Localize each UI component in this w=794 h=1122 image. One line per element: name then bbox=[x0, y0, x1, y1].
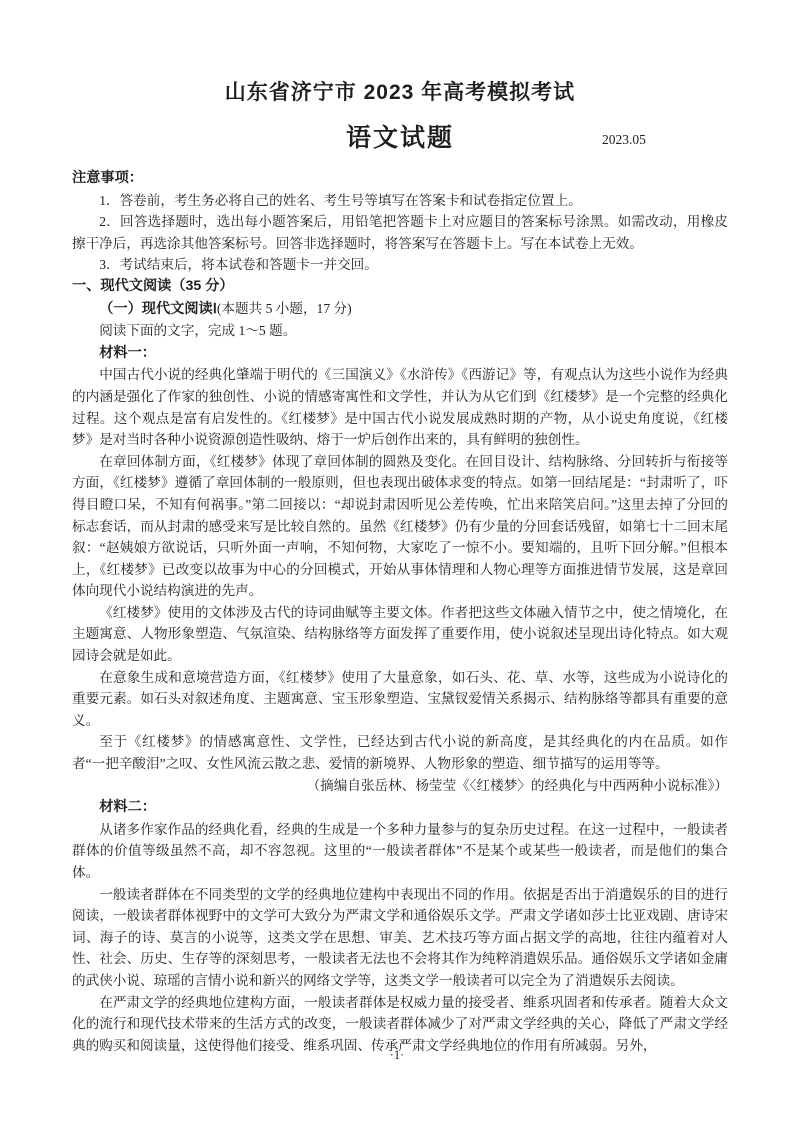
notice-heading: 注意事项： bbox=[72, 168, 728, 190]
material1-label-line: 材料一： bbox=[72, 342, 728, 365]
notice-item-2: 2．回答选择题时，选出每小题答案后，用铅笔把答题卡上对应题目的答案标号涂黑。如需… bbox=[72, 211, 728, 254]
exam-date: 2023.05 bbox=[602, 122, 646, 158]
paper-subject: 语文试题 bbox=[346, 120, 454, 156]
subsection-title-line: （一）现代文阅读Ⅰ(本题共 5 小题，17 分) bbox=[72, 298, 728, 321]
subsection-title: （一）现代文阅读Ⅰ bbox=[99, 301, 217, 317]
material2-label-line: 材料二： bbox=[72, 796, 728, 819]
material2-label: 材料二： bbox=[99, 799, 156, 815]
material1-attribution: （摘编自张岳林、杨莹莹《〈红楼梦〉的经典化与中西两种小说标准》） bbox=[72, 775, 728, 797]
material1-paragraph-3: 《红楼梦》使用的文体涉及古代的诗词曲赋等主要文体。作者把这些文体融入情节之中，使… bbox=[72, 602, 728, 667]
exam-paper-page: 山东省济宁市 2023 年高考模拟考试 语文试题 2023.05 注意事项： 1… bbox=[0, 0, 794, 1122]
notice-section: 注意事项： 1．答卷前，考生务必将自己的姓名、考生号等填写在答案卡和试卷指定位置… bbox=[72, 168, 728, 276]
material2-paragraph-2: 一般读者群体在不同类型的文学的经典地位建构中表现出不同的作用。依据是否出于消遣娱… bbox=[72, 884, 728, 992]
exam-title: 山东省济宁市 2023 年高考模拟考试 bbox=[72, 78, 728, 108]
material1-paragraph-1: 中国古代小说的经典化肇端于明代的《三国演义》《水浒传》《西游记》等，有观点认为这… bbox=[72, 364, 728, 450]
section-title: 一、现代文阅读（35 分） bbox=[72, 276, 728, 298]
material2-paragraph-3: 在严肃文学的经典地位建构方面，一般读者群体是权威力量的接受者、维系巩固者和传承者… bbox=[72, 992, 728, 1057]
notice-item-3: 3．考试结束后，将本试卷和答题卡一并交回。 bbox=[72, 254, 728, 276]
reading-section: 一、现代文阅读（35 分） （一）现代文阅读Ⅰ(本题共 5 小题，17 分) 阅… bbox=[72, 276, 728, 1056]
subsection-info: (本题共 5 小题，17 分) bbox=[217, 301, 352, 316]
subtitle-row: 语文试题 2023.05 bbox=[72, 120, 728, 160]
material1-paragraph-2: 在章回体制方面，《红楼梦》体现了章回体制的圆熟及变化。在回目设计、结构脉络、分回… bbox=[72, 451, 728, 602]
page-number: ·1· bbox=[0, 1048, 794, 1063]
page-content: 山东省济宁市 2023 年高考模拟考试 语文试题 2023.05 注意事项： 1… bbox=[0, 0, 794, 1056]
material2-paragraph-1: 从诸多作家作品的经典化看，经典的生成是一个多种力量参与的复杂历史过程。在这一过程… bbox=[72, 819, 728, 884]
material1-paragraph-4: 在意象生成和意境营造方面，《红楼梦》使用了大量意象，如石头、花、草、水等，这些成… bbox=[72, 667, 728, 732]
notice-item-1: 1．答卷前，考生务必将自己的姓名、考生号等填写在答案卡和试卷指定位置上。 bbox=[72, 190, 728, 212]
material1-label: 材料一： bbox=[99, 345, 156, 361]
reading-instruction: 阅读下面的文字，完成 1～5 题。 bbox=[72, 320, 728, 342]
material1-paragraph-5: 至于《红楼梦》的情感寓意性、文学性，已经达到古代小说的新高度，是其经典化的内在品… bbox=[72, 731, 728, 774]
